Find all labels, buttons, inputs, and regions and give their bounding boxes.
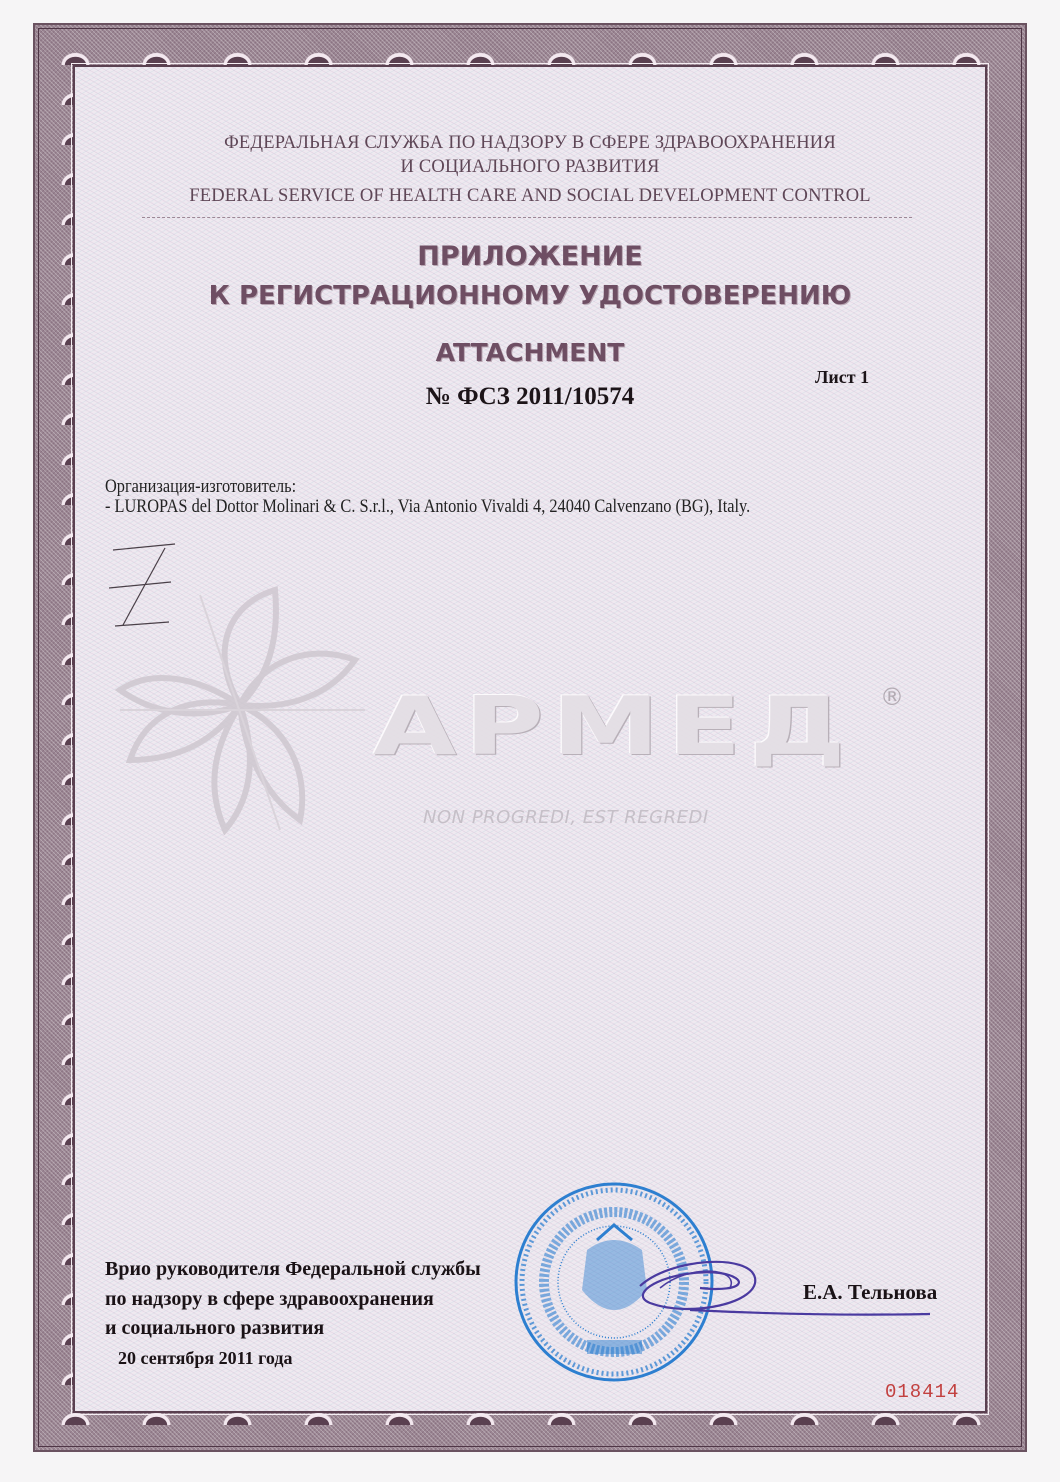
- header-divider: [142, 217, 912, 218]
- sheet-label: Лист 1: [815, 367, 869, 388]
- title-ru-line2: К РЕГИСТРАЦИОННОМУ УДОСТОВЕРЕНИЮ: [0, 281, 1060, 311]
- flower-logo-icon: [115, 585, 375, 835]
- signer-position-line2: по надзору в сфере здравоохранения: [105, 1288, 434, 1311]
- brand-watermark: АРМЕД ® NON PROGREDI, EST REGREDI: [115, 585, 915, 835]
- agency-name-ru-line2: И СОЦИАЛЬНОГО РАЗВИТИЯ: [0, 157, 1060, 178]
- brand-tagline: NON PROGREDI, EST REGREDI: [423, 807, 709, 828]
- signatory-name: Е.А. Тельнова: [803, 1280, 937, 1305]
- signer-position-line1: Врио руководителя Федеральной службы: [105, 1258, 481, 1281]
- serial-number: 018414: [885, 1381, 959, 1403]
- manufacturer-value: - LUROPAS del Dottor Molinari & C. S.r.l…: [105, 496, 750, 518]
- registered-mark: ®: [880, 683, 904, 711]
- registration-number: № ФСЗ 2011/10574: [0, 383, 1060, 411]
- manufacturer-label: Организация-изготовитель:: [105, 476, 296, 498]
- brand-name: АРМЕД: [373, 680, 854, 773]
- issue-date: 20 сентября 2011 года: [118, 1348, 292, 1369]
- agency-name-ru-line1: ФЕДЕРАЛЬНАЯ СЛУЖБА ПО НАДЗОРУ В СФЕРЕ ЗД…: [0, 133, 1060, 154]
- title-ru-line1: ПРИЛОЖЕНИЕ: [0, 241, 1060, 272]
- title-en: ATTACHMENT: [0, 338, 1060, 367]
- agency-name-en: FEDERAL SERVICE OF HEALTH CARE AND SOCIA…: [0, 186, 1060, 207]
- signer-position-line3: и социального развития: [105, 1317, 324, 1340]
